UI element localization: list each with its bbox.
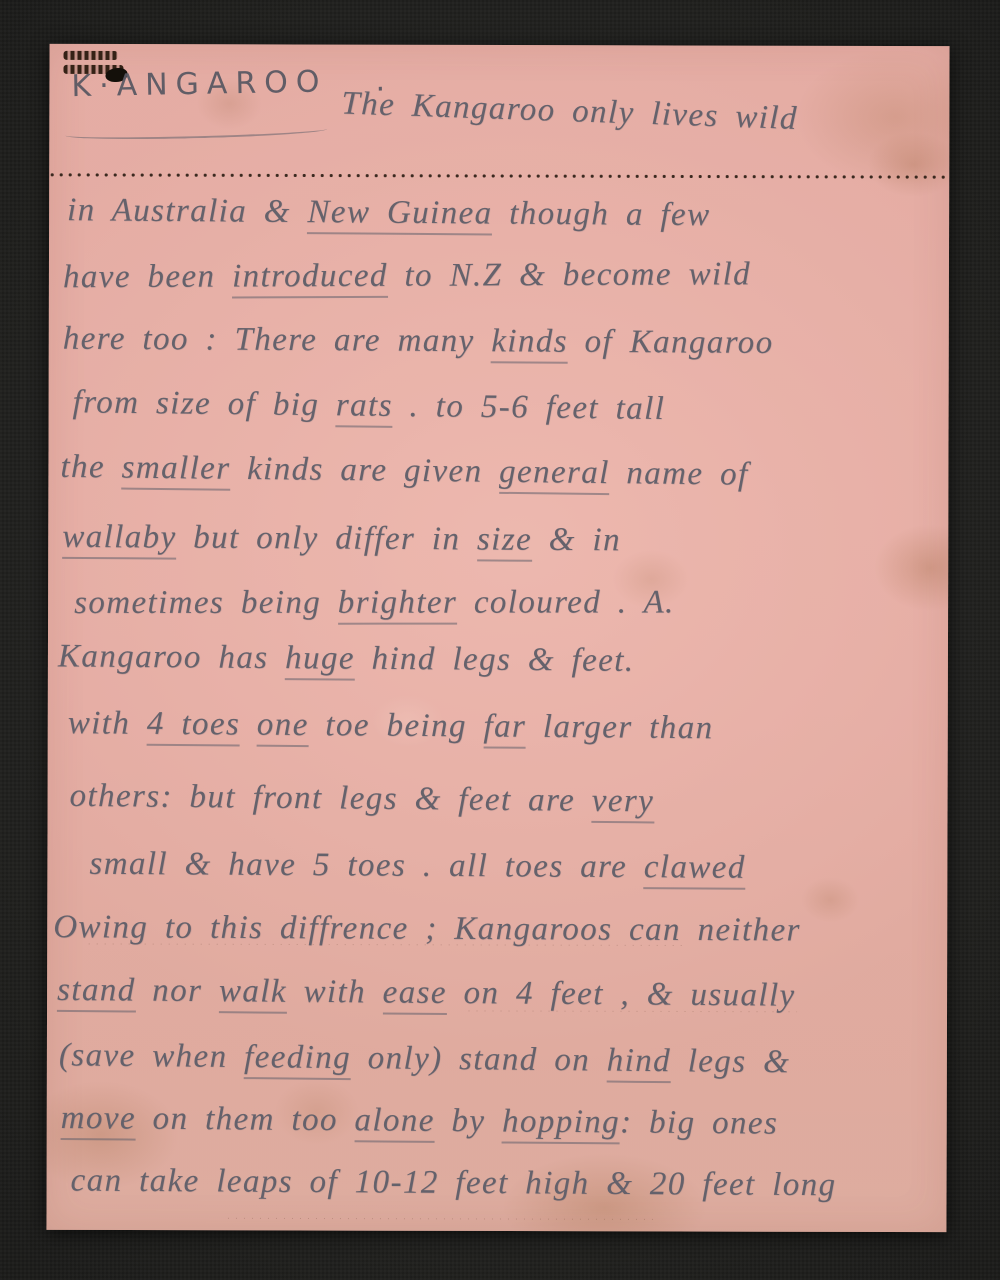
line-text: though a few xyxy=(492,196,710,234)
guide-dots xyxy=(226,1216,656,1221)
line-text: here too : There are many xyxy=(63,321,492,360)
line-text: . to 5-6 feet tall xyxy=(393,388,666,427)
line-text-underlined: very xyxy=(592,783,655,824)
handwritten-line: can take leaps of 10-12 feet high & 20 f… xyxy=(70,1163,836,1205)
line-text-underlined: alone xyxy=(354,1102,435,1143)
line-text-underlined: rats xyxy=(336,387,393,428)
line-text: The Kangaroo only lives wild xyxy=(341,85,798,137)
line-text: but only differ in xyxy=(176,520,477,558)
line-text xyxy=(240,707,257,743)
handwritten-line: small & have 5 toes . all toes are clawe… xyxy=(89,846,745,887)
handwritten-line: wallaby but only differ in size & in xyxy=(62,519,621,559)
line-text: with xyxy=(68,705,147,742)
line-text-underlined: general xyxy=(499,454,610,495)
line-text-underlined: far xyxy=(483,708,526,748)
line-text: can take leaps of 10-12 feet high & 20 f… xyxy=(70,1163,836,1204)
line-text-underlined: one xyxy=(257,707,309,747)
line-text-underlined: brighter xyxy=(338,585,457,625)
line-text: to N.Z & become wild xyxy=(388,256,751,294)
line-text: others: but front legs & feet are xyxy=(69,778,592,819)
line-text: on 4 feet , & usually xyxy=(447,975,796,1014)
handwritten-line: move on them too alone by hopping: big o… xyxy=(61,1100,779,1143)
title-underline xyxy=(65,127,327,142)
handwritten-line: have been introduced to N.Z & become wil… xyxy=(63,256,751,296)
line-text: in Australia & xyxy=(67,192,308,230)
note-paper: K·ANGAROO. The Kangaroo only lives wild … xyxy=(46,44,949,1232)
page-title-text: K·ANGAROO xyxy=(71,64,328,104)
line-text: (save when xyxy=(59,1037,245,1075)
line-text: only) stand on xyxy=(351,1040,607,1078)
handwritten-line: Owing to this diffrence ; Kangaroos can … xyxy=(53,909,801,949)
handwritten-line: in Australia & New Guinea though a few xyxy=(67,192,711,234)
line-text: small & have 5 toes . all toes are xyxy=(89,846,644,885)
line-text: coloured . A. xyxy=(457,584,675,620)
line-text: the xyxy=(60,449,122,486)
line-text-underlined: hopping xyxy=(502,1103,620,1144)
line-text: Kangaroo has xyxy=(58,638,285,676)
line-text: name of xyxy=(610,455,749,493)
handwritten-line: the smaller kinds are given general name… xyxy=(60,449,749,494)
line-text-underlined: 4 toes xyxy=(147,706,241,747)
line-text-underlined: smaller xyxy=(121,450,230,491)
line-text-underlined: wallaby xyxy=(62,519,177,560)
line-text: toe being xyxy=(309,707,484,744)
line-text-underlined: New Guinea xyxy=(307,194,492,235)
line-text: kinds are given xyxy=(230,451,499,490)
line-text: by xyxy=(435,1103,503,1140)
line-text: : big ones xyxy=(620,1104,778,1141)
line-text-underlined: size xyxy=(477,521,532,561)
line-text-underlined: feeding xyxy=(244,1039,351,1080)
line-text: & in xyxy=(532,522,621,559)
handwritten-line: from size of big rats . to 5-6 feet tall xyxy=(72,384,665,428)
line-text: Owing to this diffrence ; Kangaroos can … xyxy=(53,909,801,948)
line-text-underlined: stand xyxy=(57,972,136,1013)
handwritten-line: with 4 toes one toe being far larger tha… xyxy=(68,705,714,747)
line-text: of Kangaroo xyxy=(568,324,774,361)
line-text-underlined: move xyxy=(61,1100,137,1141)
line-text: have been xyxy=(63,259,232,296)
line-text-underlined: walk xyxy=(219,973,287,1014)
line-text: on them too xyxy=(136,1101,355,1139)
line-text-underlined: huge xyxy=(285,640,355,681)
line-text: larger than xyxy=(526,709,714,746)
line-text-underlined: introduced xyxy=(232,258,388,299)
line-text: legs & xyxy=(671,1043,790,1080)
line-text-underlined: kinds xyxy=(491,323,568,363)
ink-fragment-mark xyxy=(64,51,118,60)
handwritten-line: The Kangaroo only lives wild xyxy=(341,85,798,138)
line-text: with xyxy=(287,974,383,1011)
handwritten-line: Kangaroo has huge hind legs & feet. xyxy=(58,638,635,680)
handwritten-line: sometimes being brighter coloured . A. xyxy=(74,584,675,622)
handwritten-line: others: but front legs & feet are very xyxy=(69,778,654,821)
line-text-underlined: hind xyxy=(607,1043,672,1084)
handwritten-line: (save when feeding only) stand on hind l… xyxy=(59,1037,791,1081)
handwritten-line: here too : There are many kinds of Kanga… xyxy=(63,321,774,362)
line-text-underlined: clawed xyxy=(644,849,746,890)
perforation-line xyxy=(49,172,949,180)
line-text: hind legs & feet. xyxy=(355,641,635,679)
line-text: sometimes being xyxy=(74,585,338,621)
line-text-underlined: ease xyxy=(382,974,447,1015)
line-text: nor xyxy=(135,973,219,1010)
handwritten-line: stand nor walk with ease on 4 feet , & u… xyxy=(57,972,796,1015)
page-title: K·ANGAROO. xyxy=(71,63,385,104)
line-text: from size of big xyxy=(72,384,336,423)
